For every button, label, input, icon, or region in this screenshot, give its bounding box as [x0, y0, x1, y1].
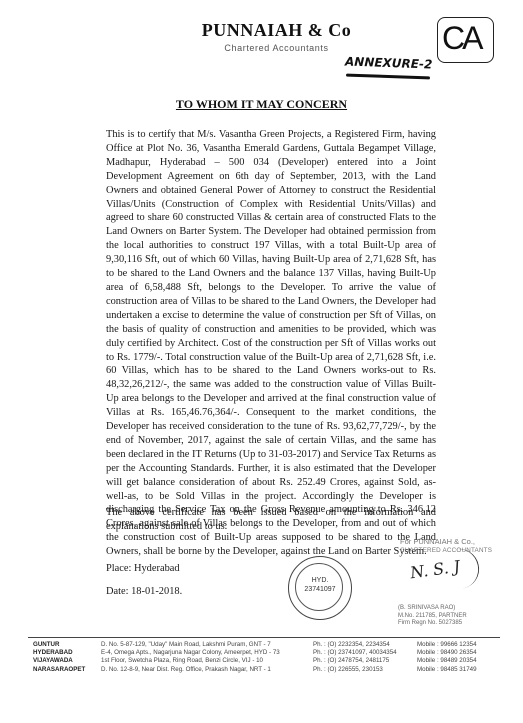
office-city: VIJAYAWADA — [33, 657, 101, 665]
place-label: Place: Hyderabad — [106, 563, 180, 574]
ca-logo-icon: CA — [437, 17, 494, 63]
office-phone: Ph. : (O) 226555, 230153 — [313, 666, 417, 674]
footer-office-row: HYDERABAD E-4, Omega Apts., Nagarjuna Na… — [33, 649, 507, 657]
office-phone: Ph. : (O) 2232354, 2234354 — [313, 641, 417, 649]
company-seal-stamp: HYD. 23741097 — [288, 556, 352, 620]
footer-offices: GUNTUR D. No. 5-87-129, "Uday" Main Road… — [33, 641, 507, 674]
certificate-paragraph: This is to certify that M/s. Vasantha Gr… — [106, 128, 436, 559]
footer-office-row: NARASARAOPET D. No. 12-8-9, Near Dist. R… — [33, 666, 507, 674]
footer-divider — [28, 637, 500, 638]
office-phone: Ph. : (O) 2478754, 2481175 — [313, 657, 417, 665]
ca-logo-text: CA — [442, 20, 480, 57]
office-mobile: Mobile : 98490 26354 — [417, 649, 507, 657]
seal-city: HYD. — [298, 576, 342, 585]
office-address: D. No. 5-87-129, "Uday" Main Road, Laksh… — [101, 641, 313, 649]
office-address: E-4, Omega Apts., Nagarjuna Nagar Colony… — [101, 649, 313, 657]
for-firm-label: For PUNNAIAH & Co., — [400, 537, 492, 546]
office-address: 1st Floor, Swetcha Plaza, Ring Road, Ben… — [101, 657, 313, 665]
office-mobile: Mobile : 98489 20354 — [417, 657, 507, 665]
office-city: HYDERABAD — [33, 649, 101, 657]
office-city: GUNTUR — [33, 641, 101, 649]
footer-office-row: GUNTUR D. No. 5-87-129, "Uday" Main Road… — [33, 641, 507, 649]
office-mobile: Mobile : 99666 12354 — [417, 641, 507, 649]
office-mobile: Mobile : 98485 31749 — [417, 666, 507, 674]
closing-paragraph: The above certificate has been issued ba… — [106, 506, 436, 534]
firm-registration: Firm Regn No. 5027385 — [398, 620, 467, 628]
office-phone: Ph. : (O) 23741097, 40034354 — [313, 649, 417, 657]
office-city: NARASARAOPET — [33, 666, 101, 674]
annexure-underline — [346, 74, 430, 80]
seal-number: 23741097 — [298, 585, 342, 594]
signatory-details: (B. SRINIVASA RAO) M.No. 211785, PARTNER… — [398, 605, 467, 628]
signatory-name: (B. SRINIVASA RAO) — [398, 605, 467, 613]
signatory-role: M.No. 211785, PARTNER — [398, 613, 467, 621]
annexure-annotation: ANNEXURE-2 — [345, 54, 433, 71]
office-address: D. No. 12-8-9, Near Dist. Reg. Office, P… — [101, 666, 313, 674]
date-label: Date: 18-01-2018. — [106, 586, 182, 597]
document-title: TO WHOM IT MAY CONCERN — [0, 97, 523, 112]
footer-office-row: VIJAYAWADA 1st Floor, Swetcha Plaza, Rin… — [33, 657, 507, 665]
